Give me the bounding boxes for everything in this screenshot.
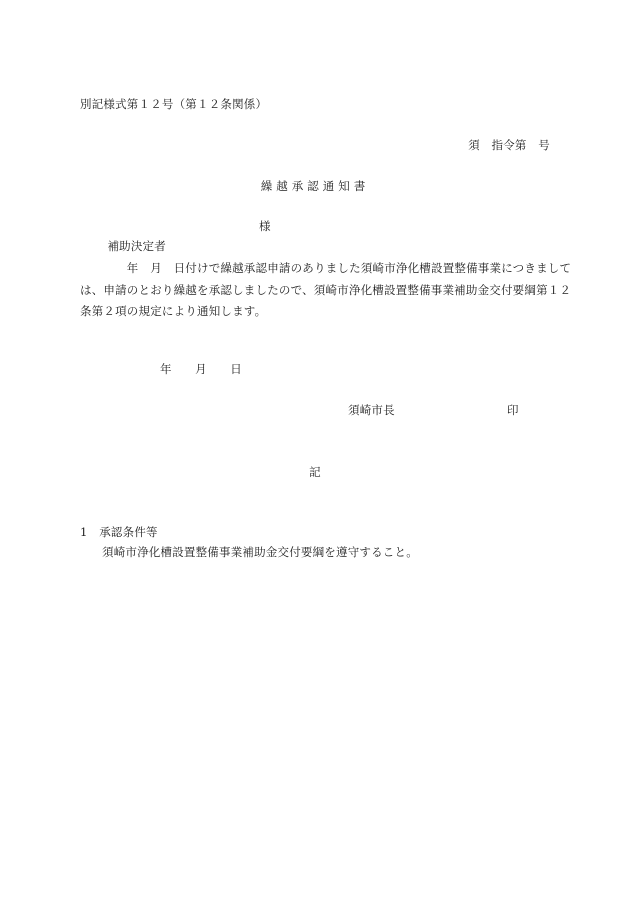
item-heading: 1 承認条件等 (80, 522, 158, 542)
item-text: 須崎市浄化槽設置整備事業補助金交付要綱を遵守すること。 (102, 542, 418, 562)
addressee-honorific: 様 (259, 216, 271, 236)
date-line: 年 月 日 (160, 359, 242, 379)
document-title: 繰越承認通知書 (0, 176, 630, 196)
document-number: 須 指令第 号 (468, 135, 550, 155)
body-line: 年 月 日付けで繰越承認申請のありました須崎市浄化槽設置整備事業につきまして (80, 258, 550, 280)
issuer-name: 須崎市長 (348, 400, 395, 420)
ki-heading: 記 (0, 462, 630, 482)
document-page: 別記様式第１２号（第１２条関係） 須 指令第 号 繰越承認通知書 補助決定者 様… (0, 0, 630, 903)
body-line: は、申請のとおり繰越を承認しましたので、須崎市浄化槽設置整備事業補助金交付要綱第… (80, 280, 550, 302)
addressee-label: 補助決定者 (107, 239, 166, 253)
form-number: 別記様式第１２号（第１２条関係） (80, 94, 267, 114)
seal-mark: 印 (507, 400, 519, 420)
body-line: 条第２項の規定により通知します。 (80, 301, 550, 323)
body-paragraph: 年 月 日付けで繰越承認申請のありました須崎市浄化槽設置整備事業につきまして は… (80, 258, 550, 323)
